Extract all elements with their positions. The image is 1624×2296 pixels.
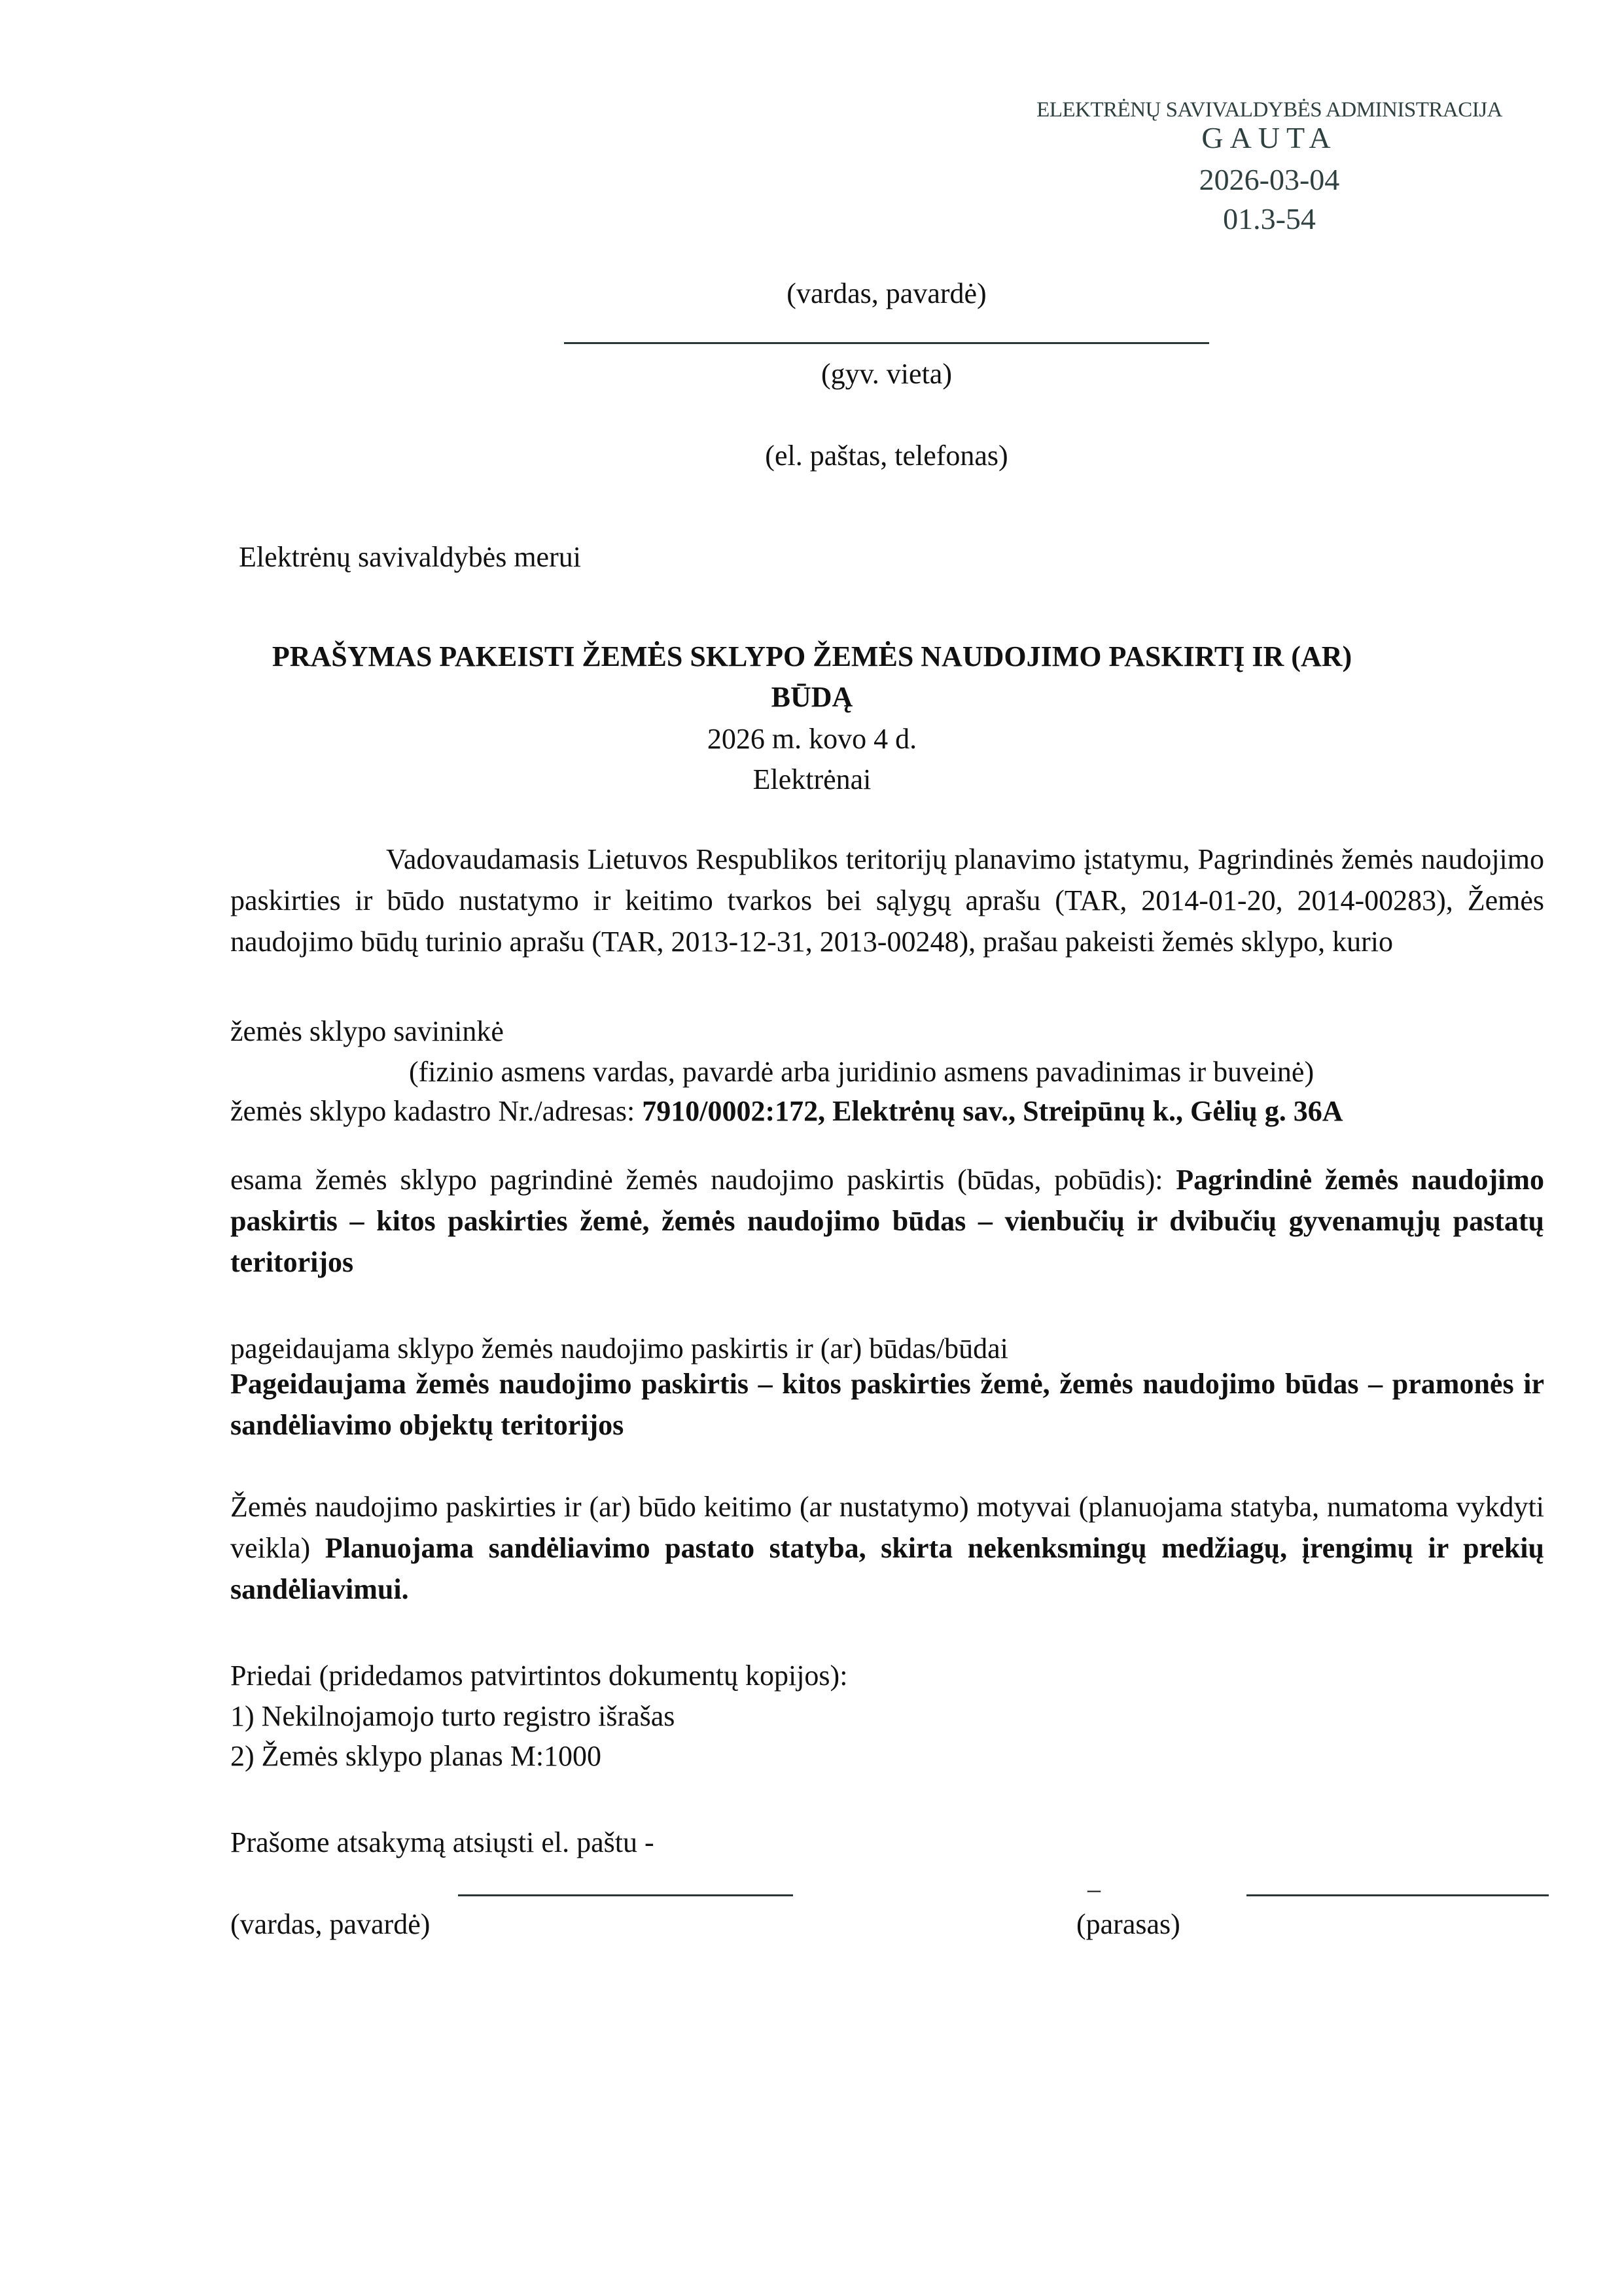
cadastre-label: žemės sklypo kadastro Nr./adresas: xyxy=(230,1095,642,1127)
attachments-label: Priedai (pridedamos patvirtintos dokumen… xyxy=(230,1661,847,1690)
intro-paragraph: Vadovaudamasis Lietuvos Respublikos teri… xyxy=(230,839,1544,962)
requested-purpose-label: pageidaujama sklypo žemės naudojimo pask… xyxy=(230,1334,1008,1363)
requested-purpose-value: Pageidaujama žemės naudojimo paskirtis –… xyxy=(230,1363,1544,1446)
applicant-residence-label: (gyv. vieta) xyxy=(563,360,1210,389)
document-date: 2026 m. kovo 4 d. xyxy=(0,725,1624,754)
motives-value: Planuojama sandėliavimo pastato statyba,… xyxy=(230,1532,1544,1605)
applicant-contact-label: (el. paštas, telefonas) xyxy=(563,442,1210,470)
name-signature-line[interactable] xyxy=(458,1894,793,1896)
cadastre-value: 7910/0002:172, Elektrėnų sav., Streipūnų… xyxy=(642,1095,1343,1127)
document-title-line2: BŪDĄ xyxy=(0,683,1624,712)
reply-request: Prašome atsakymą atsiųsti el. paštu - xyxy=(230,1828,654,1857)
current-purpose: esama žemės sklypo pagrindinė žemės naud… xyxy=(230,1159,1544,1283)
attachment-item: 2) Žemės sklypo planas M:1000 xyxy=(230,1742,601,1771)
signer-name-label: (vardas, pavardė) xyxy=(230,1910,430,1939)
document-place: Elektrėnai xyxy=(0,765,1624,794)
current-purpose-label: esama žemės sklypo pagrindinė žemės naud… xyxy=(230,1164,1176,1196)
signature-dash: – xyxy=(1087,1876,1101,1902)
stamp-organization: ELEKTRĖNŲ SAVIVALDYBĖS ADMINISTRACIJA xyxy=(1001,99,1538,121)
stamp-date: 2026-03-04 xyxy=(1001,165,1538,195)
attachment-item: 1) Nekilnojamojo turto registro išrašas xyxy=(230,1702,675,1731)
stamp-registration-number: 01.3-54 xyxy=(1001,204,1538,234)
signature-line[interactable] xyxy=(1246,1894,1549,1896)
owner-label: žemės sklypo savininkė xyxy=(230,1017,504,1046)
signature-label: (parasas) xyxy=(1076,1910,1180,1939)
motives: Žemės naudojimo paskirties ir (ar) būdo … xyxy=(230,1486,1544,1610)
addressee: Elektrėnų savivaldybės merui xyxy=(239,543,581,572)
intro-text: Vadovaudamasis Lietuvos Respublikos teri… xyxy=(230,843,1544,958)
document-title: PRAŠYMAS PAKEISTI ŽEMĖS SKLYPO ŽEMĖS NAU… xyxy=(0,642,1624,671)
residence-input-line[interactable] xyxy=(564,342,1209,344)
owner-hint: (fizinio asmens vardas, pavardė arba jur… xyxy=(409,1058,1314,1087)
applicant-name-label: (vardas, pavardė) xyxy=(563,279,1210,308)
cadastre-line: žemės sklypo kadastro Nr./adresas: 7910/… xyxy=(230,1097,1343,1126)
stamp-status: GAUTA xyxy=(1001,123,1538,153)
